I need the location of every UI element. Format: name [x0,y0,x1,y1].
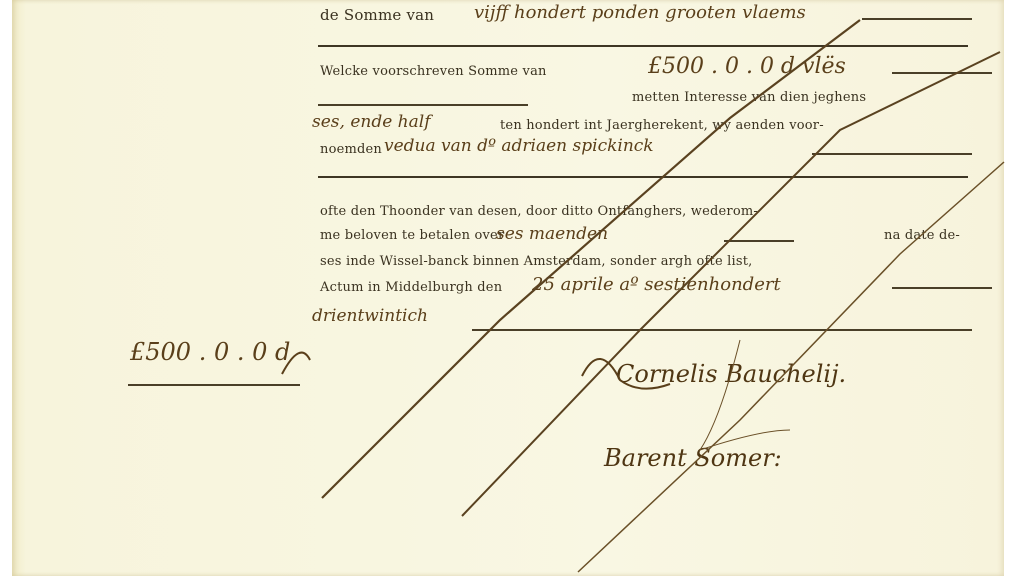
cancellation-stroke-3 [578,162,1004,572]
cancellation-strokes [0,0,1024,576]
signature-flourish [582,359,670,389]
cancellation-stroke-2 [462,52,1000,516]
cancellation-stroke-1 [322,20,860,498]
margin-amount-flourish [282,353,310,374]
signature-flourish-2 [700,340,790,450]
